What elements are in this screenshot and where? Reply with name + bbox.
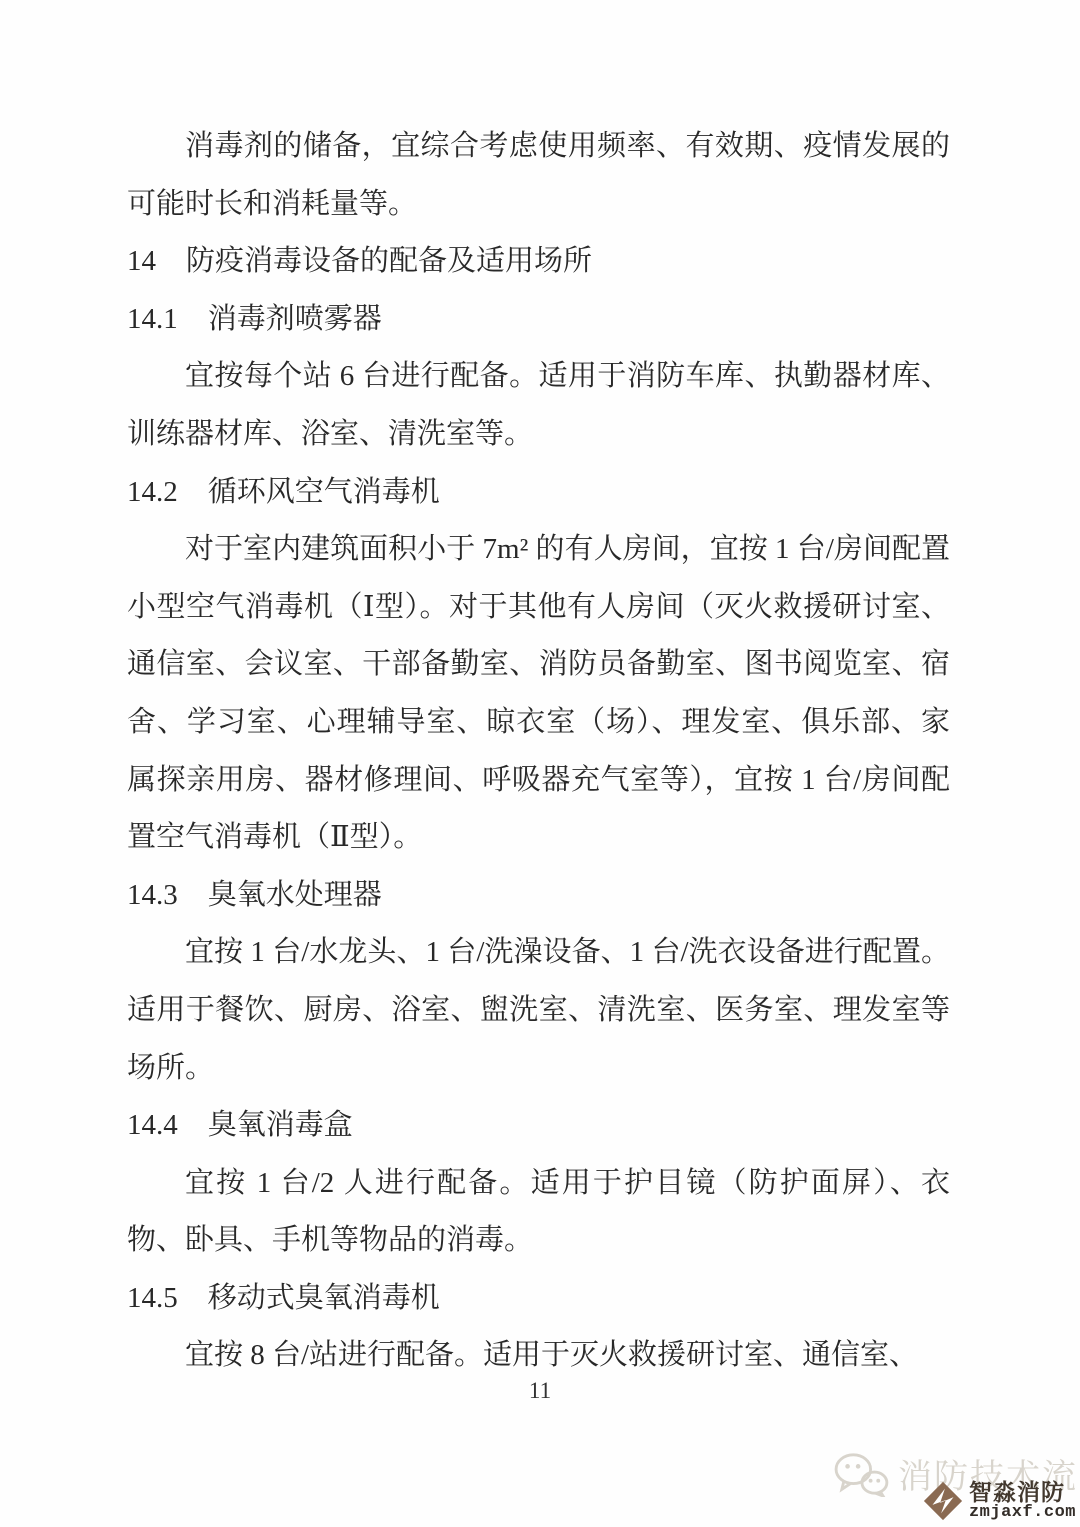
paragraph: 宜按每个站 6 台进行配备。适用于消防车库、执勤器材库、训练器材库、浴室、清洗室… [127, 348, 950, 463]
paragraph: 宜按 1 台/2 人进行配备。适用于护目镜（防护面屏）、衣物、卧具、手机等物品的… [127, 1155, 950, 1270]
paragraph: 对于室内建筑面积小于 7m² 的有人房间，宜按 1 台/房间配置小型空气消毒机（… [127, 521, 950, 867]
section-number: 14.2 [127, 464, 178, 522]
section-title: 循环风空气消毒机 [208, 476, 440, 508]
section-number: 14 [127, 233, 156, 291]
section-title: 臭氧消毒盒 [208, 1109, 353, 1141]
brand-watermark: 智淼消防 zmjaxf.com [922, 1480, 1076, 1522]
document-page: 消毒剂的储备，宜综合考虑使用频率、有效期、疫情发展的可能时长和消耗量等。 14防… [0, 0, 1080, 1527]
wechat-icon [832, 1451, 890, 1497]
section-title: 消毒剂喷雾器 [208, 303, 382, 335]
section-heading-14-1: 14.1消毒剂喷雾器 [127, 291, 950, 349]
section-title: 移动式臭氧消毒机 [208, 1282, 440, 1314]
section-heading-14-3: 14.3臭氧水处理器 [127, 867, 950, 925]
page-number: 11 [0, 1378, 1080, 1404]
section-heading-14-4: 14.4臭氧消毒盒 [127, 1097, 950, 1155]
section-number: 14.4 [127, 1097, 178, 1155]
paragraph: 宜按 1 台/水龙头、1 台/洗澡设备、1 台/洗衣设备进行配置。适用于餐饮、厨… [127, 924, 950, 1097]
section-heading-14-2: 14.2循环风空气消毒机 [127, 464, 950, 522]
section-number: 14.3 [127, 867, 178, 925]
zhimiao-logo-icon [922, 1480, 964, 1522]
document-body: 消毒剂的储备，宜综合考虑使用频率、有效期、疫情发展的可能时长和消耗量等。 14防… [127, 118, 950, 1385]
paragraph: 消毒剂的储备，宜综合考虑使用频率、有效期、疫情发展的可能时长和消耗量等。 [127, 118, 950, 233]
section-title: 防疫消毒设备的配备及适用场所 [186, 245, 592, 277]
section-number: 14.5 [127, 1270, 178, 1328]
section-number: 14.1 [127, 291, 178, 349]
brand-site: zmjaxf.com [969, 1504, 1076, 1522]
brand-name: 智淼消防 [969, 1480, 1076, 1504]
section-heading-14-5: 14.5移动式臭氧消毒机 [127, 1270, 950, 1328]
paragraph: 宜按 8 台/站进行配备。适用于灭火救援研讨室、通信室、 [127, 1327, 950, 1385]
section-heading-14: 14防疫消毒设备的配备及适用场所 [127, 233, 950, 291]
section-title: 臭氧水处理器 [208, 879, 382, 911]
